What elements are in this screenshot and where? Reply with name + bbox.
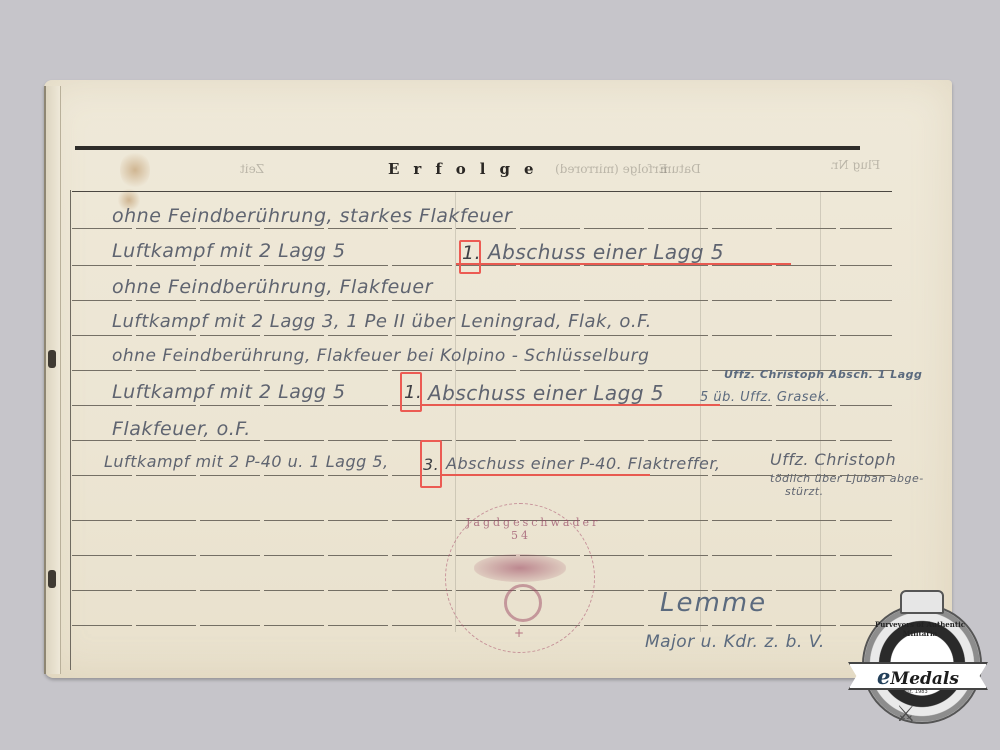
staple-bottom [48, 570, 56, 588]
red-underline [456, 263, 791, 265]
annotation-line: stürzt. [785, 485, 824, 498]
logo-brand-prefix: e [877, 664, 890, 689]
ghost-header: Erfolge (mirrored) [555, 162, 667, 176]
header-rule-thick [75, 146, 860, 150]
entry-2: Luftkampf mit 2 Lagg 5 [112, 240, 346, 262]
signature: Lemme [660, 588, 767, 618]
column-line [820, 192, 821, 632]
ghost-header: Datum [660, 162, 701, 176]
unit-stamp: Jagdgeschwader 54 + [445, 503, 595, 653]
eagle-emblem-icon [474, 554, 566, 582]
stain [120, 150, 150, 190]
annotation-line: 5 üb. Uffz. Grasek. [700, 390, 830, 405]
wreath-emblem-icon [504, 584, 542, 622]
entry-1: ohne Feindberührung, starkes Flakfeuer [112, 205, 512, 227]
entry-8: Luftkampf mit 2 P-40 u. 1 Lagg 5, [104, 452, 389, 471]
header-rule-thin [72, 191, 892, 192]
red-underline [420, 404, 720, 406]
entry-4: Luftkampf mit 2 Lagg 3, 1 Pe II über Len… [112, 311, 652, 332]
section-title-erfolge: Erfolge [388, 160, 548, 178]
ruled-line [72, 228, 892, 229]
ruled-line [72, 440, 892, 441]
annotation-line: Uffz. Christoph Absch. 1 Lagg [724, 368, 922, 381]
victory-text: Abschuss einer Lagg 5 [488, 240, 724, 264]
entry-6: Luftkampf mit 2 Lagg 5 [112, 381, 346, 403]
red-underline [440, 474, 650, 476]
victory-text: Abschuss einer Lagg 5 [428, 381, 664, 405]
annotation-line: Uffz. Christoph [770, 450, 896, 469]
crossed-swords-icon: ⚔ [896, 702, 916, 727]
ghost-header: Zeit [240, 162, 264, 176]
logo-tagline: Purveyors of Authentic Militaria [874, 620, 966, 638]
logo-brand-name: Medals [890, 669, 959, 689]
victory-number: 3. [423, 455, 439, 474]
emedals-watermark-logo: Purveyors of Authentic Militaria eMedals… [848, 590, 998, 738]
ruled-line [72, 300, 892, 301]
entry-5: ohne Feindberührung, Flakfeuer bei Kolpi… [112, 346, 649, 366]
left-margin-line [70, 190, 71, 670]
ghost-header: Flug Nr. [830, 158, 880, 172]
victory-text: Abschuss einer P-40. Flaktreffer, [446, 454, 721, 473]
entry-3: ohne Feindberührung, Flakfeuer [112, 276, 433, 298]
cross-mark-icon: + [514, 626, 524, 640]
ruled-line [72, 335, 892, 336]
victory-number: 1. [404, 382, 422, 403]
signature-title: Major u. Kdr. z. b. V. [645, 632, 825, 652]
stamp-text: Jagdgeschwader 54 [466, 516, 576, 542]
victory-number: 1. [462, 242, 481, 264]
crown-icon [900, 590, 944, 614]
logo-established: Est. 1983 [904, 689, 928, 695]
staple-top [48, 350, 56, 368]
entry-7: Flakfeuer, o.F. [112, 418, 251, 440]
annotation-line: tödlich über Ljuban abge- [770, 472, 924, 485]
logo-banner: eMedals [848, 662, 988, 690]
ruled-line [72, 265, 892, 266]
